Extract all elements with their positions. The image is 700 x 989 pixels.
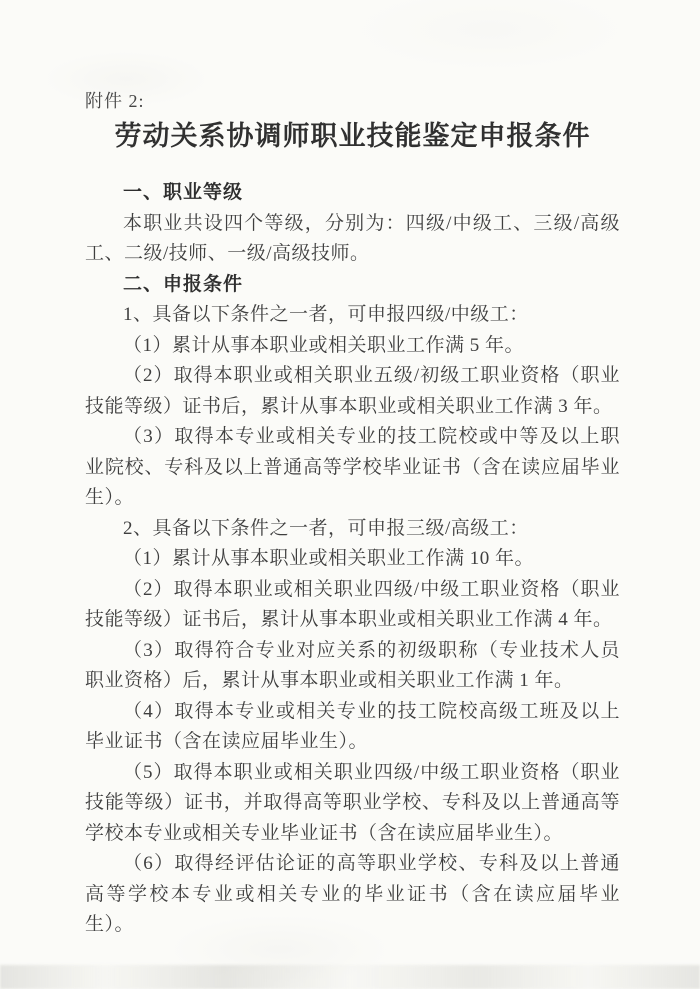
section-heading-application-conditions: 二、申报条件: [85, 270, 620, 301]
document-paragraph: 1、具备以下条件之一者，可申报四级/中级工：: [85, 300, 620, 331]
attachment-label: 附件 2:: [85, 90, 620, 112]
document-paragraph: 本职业共设四个等级，分别为：四级/中级工、三级/高级工、二级/技师、一级/高级技…: [85, 209, 620, 270]
document-paragraph: （5）取得本职业或相关职业四级/中级工职业资格（职业技能等级）证书，并取得高等职…: [85, 758, 620, 850]
scanner-noise-band: [0, 965, 700, 989]
document-paragraph: （6）取得经评估论证的高等职业学校、专科及以上普通高等学校本专业或相关专业的毕业…: [85, 849, 620, 941]
document-title: 劳动关系协调师职业技能鉴定申报条件: [85, 118, 620, 154]
document-paragraph: 2、具备以下条件之一者，可申报三级/高级工：: [85, 514, 620, 545]
document-paragraph: （2）取得本职业或相关职业五级/初级工职业资格（职业技能等级）证书后，累计从事本…: [85, 361, 620, 422]
document-paragraph: （3）取得符合专业对应关系的初级职称（专业技术人员职业资格）后，累计从事本职业或…: [85, 636, 620, 697]
section-heading-occupation-levels: 一、职业等级: [85, 178, 620, 209]
document-paragraph: （3）取得本专业或相关专业的技工院校或中等及以上职业院校、专科及以上普通高等学校…: [85, 422, 620, 514]
document-paragraph: （1）累计从事本职业或相关职业工作满 5 年。: [85, 331, 620, 362]
document-paragraph: （4）取得本专业或相关专业的技工院校高级工班及以上毕业证书（含在读应届毕业生）。: [85, 697, 620, 758]
document-paragraph: （1）累计从事本职业或相关职业工作满 10 年。: [85, 544, 620, 575]
scanned-document-page: 附件 2: 劳动关系协调师职业技能鉴定申报条件 一、职业等级 本职业共设四个等级…: [0, 0, 700, 989]
document-paragraph: （2）取得本职业或相关职业四级/中级工职业资格（职业技能等级）证书后，累计从事本…: [85, 575, 620, 636]
